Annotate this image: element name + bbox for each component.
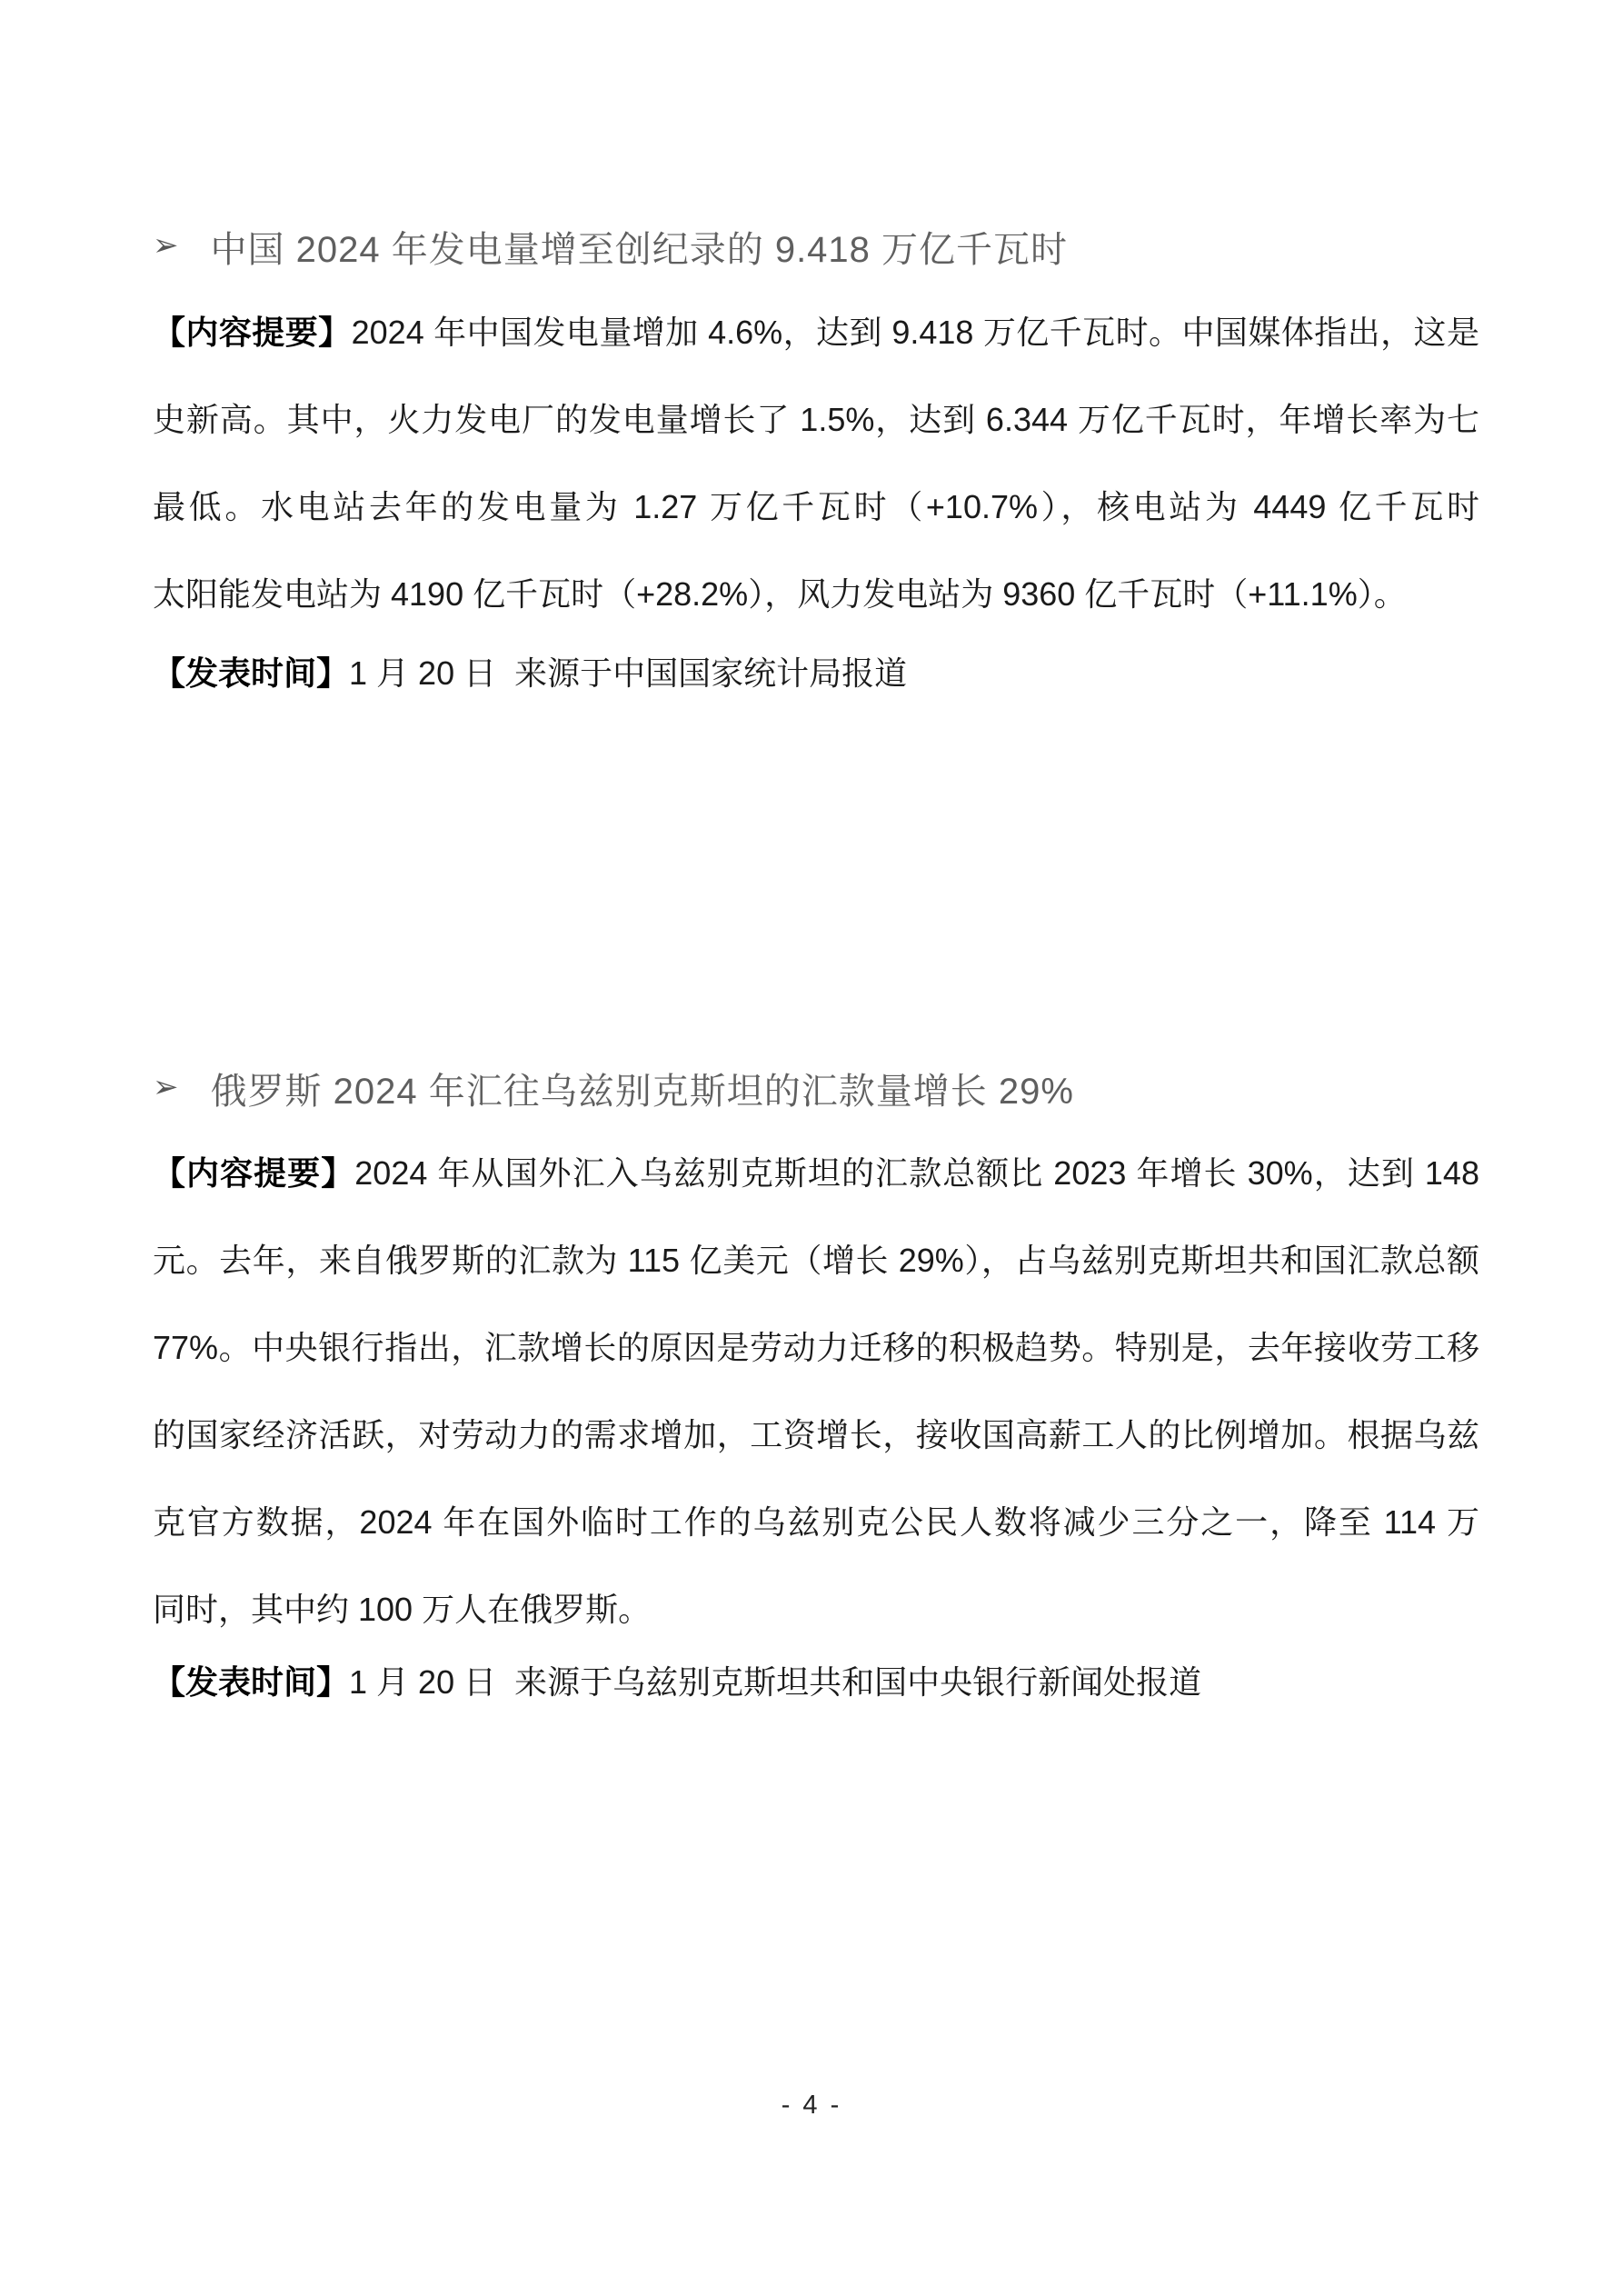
summary-line: 克官方数据，2024 年在国外临时工作的乌兹别克公民人数将减少三分之一，降至 1… xyxy=(153,1479,1479,1566)
document-page: ➢ 中国 2024 年发电量增至创纪录的 9.418 万亿千瓦时 【内容提要】2… xyxy=(0,0,1623,2296)
section-2-heading: ➢ 俄罗斯 2024 年汇往乌兹别克斯坦的汇款量增长 29% xyxy=(153,1060,1479,1116)
summary-line: 77%。中央银行指出，汇款增长的原因是劳动力迁移的积极趋势。特别是，去年接收劳工… xyxy=(153,1304,1479,1392)
summary-line: 【内容提要】2024 年中国发电量增加 4.6%，达到 9.418 万亿千瓦时。… xyxy=(153,289,1479,376)
summary-text: 2024 年中国发电量增加 4.6%，达到 9.418 万亿千瓦时。中国媒体指出… xyxy=(153,314,1479,376)
section-2-publish-line: 【发表时间】1 月 20 日 来源于乌兹别克斯坦共和国中央银行新闻处报道 xyxy=(153,1639,1479,1726)
section-1-publish-line: 【发表时间】1 月 20 日 来源于中国国家统计局报道 xyxy=(153,630,1479,717)
section-2-summary-paragraph: 【内容提要】2024 年从国外汇入乌兹别克斯坦的汇款总额比 2023 年增长 3… xyxy=(153,1130,1479,1653)
section-1-summary-paragraph: 【内容提要】2024 年中国发电量增加 4.6%，达到 9.418 万亿千瓦时。… xyxy=(153,289,1479,638)
page-number: - 4 - xyxy=(0,2091,1623,2121)
summary-line: 【内容提要】2024 年从国外汇入乌兹别克斯坦的汇款总额比 2023 年增长 3… xyxy=(153,1130,1479,1217)
publish-text: 1 月 20 日 来源于乌兹别克斯坦共和国中央银行新闻处报道 xyxy=(349,1663,1201,1701)
publish-label: 【发表时间】 xyxy=(153,1663,349,1701)
summary-line: 史新高。其中，火力发电厂的发电量增长了 1.5%，达到 6.344 万亿千瓦时，… xyxy=(153,376,1479,464)
section-2-title: 俄罗斯 2024 年汇往乌兹别克斯坦的汇款量增长 29% xyxy=(211,1063,1074,1114)
summary-line: 最低。水电站去年的发电量为 1.27 万亿千瓦时（+10.7%），核电站为 44… xyxy=(153,464,1479,551)
summary-label: 【内容提要】 xyxy=(153,1154,354,1192)
summary-line: 元。去年，来自俄罗斯的汇款为 115 亿美元（增长 29%），占乌兹别克斯坦共和… xyxy=(153,1217,1479,1304)
arrowhead-bullet-icon: ➢ xyxy=(153,230,180,261)
section-1-title: 中国 2024 年发电量增至创纪录的 9.418 万亿千瓦时 xyxy=(211,221,1069,273)
publish-text: 1 月 20 日 来源于中国国家统计局报道 xyxy=(349,654,907,692)
summary-line: 的国家经济活跃，对劳动力的需求增加，工资增长，接收国高薪工人的比例增加。根据乌兹… xyxy=(153,1392,1479,1479)
summary-line: 太阳能发电站为 4190 亿千瓦时（+28.2%），风力发电站为 9360 亿千… xyxy=(153,551,1479,638)
section-1-heading: ➢ 中国 2024 年发电量增至创纪录的 9.418 万亿千瓦时 xyxy=(153,218,1479,275)
arrowhead-bullet-icon: ➢ xyxy=(153,1072,180,1103)
publish-label: 【发表时间】 xyxy=(153,654,349,692)
summary-label: 【内容提要】 xyxy=(153,314,352,351)
publish-line: 【发表时间】1 月 20 日 来源于乌兹别克斯坦共和国中央银行新闻处报道 xyxy=(153,1639,1479,1726)
publish-line: 【发表时间】1 月 20 日 来源于中国国家统计局报道 xyxy=(153,630,1479,717)
